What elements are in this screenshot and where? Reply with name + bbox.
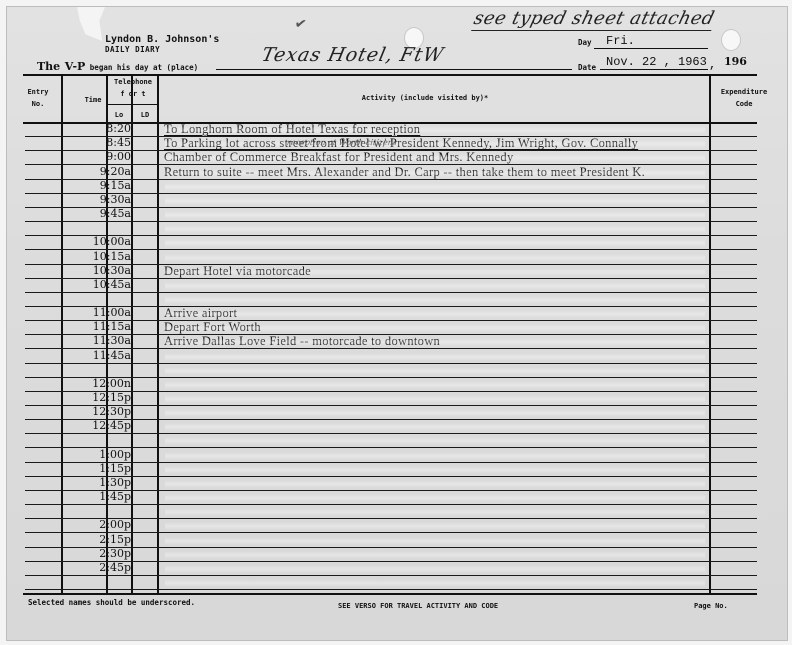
row-shading: [165, 169, 705, 177]
row-shading: [165, 211, 705, 219]
row-time: 2:45p: [61, 562, 131, 574]
row-shading: [165, 423, 705, 431]
row-rule: [25, 164, 757, 165]
began-day-label: The V-P began his day at (place): [37, 60, 198, 73]
column-header-lo: Lo: [107, 109, 131, 121]
footer-note: Selected names should be underscored.: [28, 598, 195, 607]
column-header-entry: Entry No.: [23, 86, 53, 110]
row-shading: [165, 126, 705, 134]
row-shading: [165, 579, 705, 587]
row-rule: [25, 278, 757, 279]
row-shading: [165, 537, 705, 545]
row-shading: [165, 466, 705, 474]
row-shading: [165, 409, 705, 417]
table-top-rule: [23, 74, 757, 76]
row-shading: [165, 565, 705, 573]
row-time: 12:45p: [61, 420, 131, 432]
row-rule: [25, 433, 757, 434]
row-time: 9:15a: [61, 180, 131, 192]
row-rule: [25, 490, 757, 491]
row-time: 12:15p: [61, 392, 131, 404]
row-shading: [165, 324, 705, 332]
row-rule: [25, 476, 757, 477]
row-time: 8:20: [61, 123, 131, 135]
row-time: 12:00n: [61, 378, 131, 390]
row-rule: [25, 504, 757, 505]
row-shading: [165, 296, 705, 304]
column-header-expenditure: Expenditure Code: [711, 86, 777, 110]
place-field-line: [216, 69, 572, 70]
row-rule: [25, 575, 757, 576]
row-time: 9:30a: [61, 194, 131, 206]
date-field: Nov. 22 , 1963: [600, 55, 708, 70]
table-bottom-rule: [23, 593, 757, 595]
row-shading: [165, 140, 705, 148]
row-time: 10:45a: [61, 279, 131, 291]
row-rule: [25, 405, 757, 406]
header-bottom-rule: [23, 122, 757, 124]
day-label: Day: [578, 38, 592, 47]
row-shading: [165, 268, 705, 276]
row-rule: [25, 334, 757, 335]
row-shading: [165, 197, 705, 205]
row-rule: [25, 235, 757, 236]
row-time: 10:15a: [61, 251, 131, 263]
row-time: 2:15p: [61, 534, 131, 546]
row-rule: [25, 306, 757, 307]
row-rule: [25, 589, 757, 590]
date-comma: ,: [709, 58, 716, 72]
row-shading: [165, 395, 705, 403]
row-time: 2:00p: [61, 519, 131, 531]
row-rule: [25, 561, 757, 562]
row-shading: [165, 522, 705, 530]
row-time: 1:45p: [61, 491, 131, 503]
punch-hole: [721, 29, 741, 51]
row-time: 1:30p: [61, 477, 131, 489]
row-shading: [165, 452, 705, 460]
column-header-ld: LD: [133, 109, 157, 121]
row-time: 9:20a: [61, 166, 131, 178]
row-rule: [25, 207, 757, 208]
row-time: 11:30a: [61, 335, 131, 347]
row-shading: [165, 381, 705, 389]
row-shading: [165, 551, 705, 559]
row-rule: [25, 419, 757, 420]
column-header-telephone: Telephone f or t: [107, 76, 159, 100]
row-time: 10:00a: [61, 236, 131, 248]
year-prefix: 196: [724, 55, 747, 68]
row-rule: [25, 249, 757, 250]
place-field-value: Texas Hotel, FtW: [260, 44, 446, 66]
diary-owner: Lyndon B. Johnson's: [105, 34, 219, 45]
row-time: 1:15p: [61, 463, 131, 475]
row-time: 2:30p: [61, 548, 131, 560]
row-shading: [165, 338, 705, 346]
row-shading: [165, 508, 705, 516]
row-rule: [25, 348, 757, 349]
handwritten-margin-note: see typed sheet attached: [471, 8, 717, 31]
row-rule: [25, 221, 757, 222]
row-time: 1:00p: [61, 449, 131, 461]
diary-title: DAILY DIARY: [105, 45, 160, 54]
row-rule: [25, 292, 757, 293]
row-shading: [165, 154, 705, 162]
row-time: 11:15a: [61, 321, 131, 333]
date-label: Date: [578, 63, 596, 72]
row-rule: [25, 532, 757, 533]
row-shading: [165, 183, 705, 191]
row-rule: [25, 179, 757, 180]
row-shading: [165, 353, 705, 361]
row-rule: [25, 377, 757, 378]
row-rule: [25, 462, 757, 463]
row-rule: [25, 518, 757, 519]
row-time: 10:30a: [61, 265, 131, 277]
diary-table: Entry No. Time Telephone f or t Lo LD Ac…: [25, 74, 785, 594]
row-rule: [25, 264, 757, 265]
row-shading: [165, 494, 705, 502]
row-shading: [165, 239, 705, 247]
row-rule: [25, 136, 757, 137]
row-time: 8:45: [61, 137, 131, 149]
row-rule: [25, 150, 757, 151]
row-rule: [25, 320, 757, 321]
row-rule: [25, 363, 757, 364]
row-time: 9:45a: [61, 208, 131, 220]
column-header-activity: Activity (include visited by)*: [325, 92, 525, 104]
footer-page-number: Page No.: [694, 602, 728, 610]
telephone-split-rule: [107, 104, 159, 105]
row-rule: [25, 547, 757, 548]
row-rule: [25, 391, 757, 392]
row-shading: [165, 310, 705, 318]
row-shading: [165, 480, 705, 488]
row-time: 11:00a: [61, 307, 131, 319]
row-shading: [165, 367, 705, 375]
row-time: 12:30p: [61, 406, 131, 418]
row-shading: [165, 282, 705, 290]
torn-corner: [77, 7, 105, 41]
footer-verso: SEE VERSO FOR TRAVEL ACTIVITY AND CODE: [338, 602, 498, 610]
row-time: 9:00: [61, 151, 131, 163]
row-shading: [165, 437, 705, 445]
row-time: 11:45a: [61, 350, 131, 362]
row-shading: [165, 225, 705, 233]
row-shading: [165, 254, 705, 262]
day-field: Fri.: [594, 34, 708, 49]
row-rule: [25, 193, 757, 194]
row-rule: [25, 447, 757, 448]
